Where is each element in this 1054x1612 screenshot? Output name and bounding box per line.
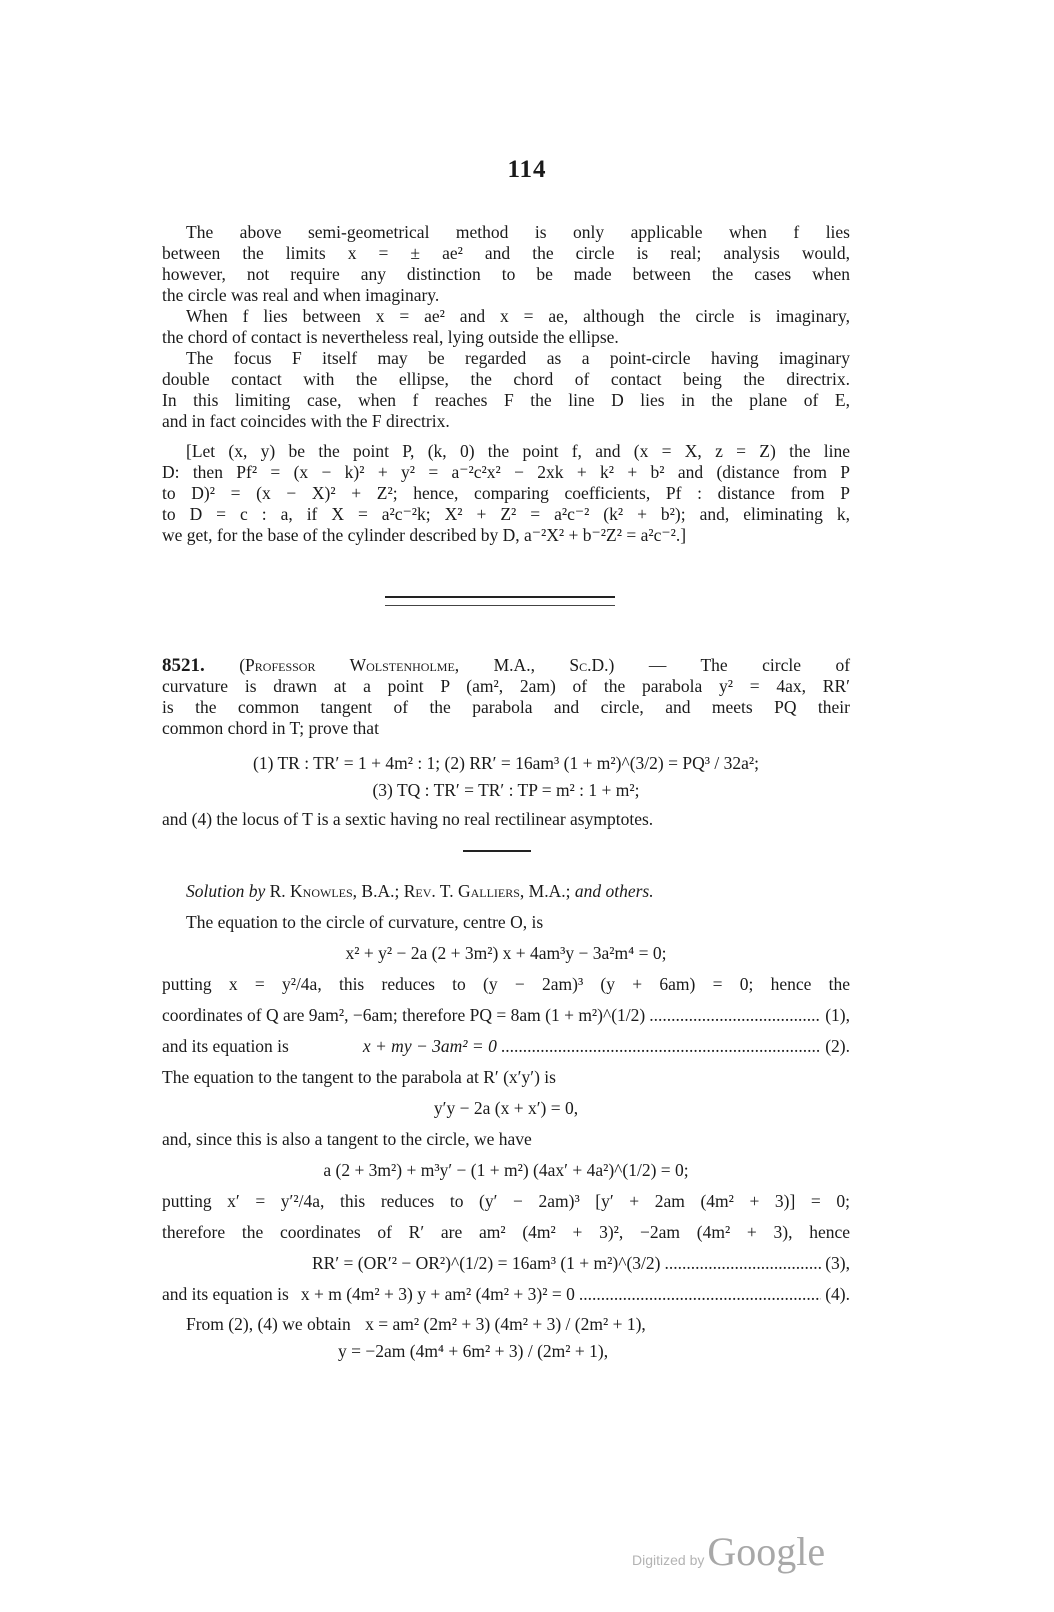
text-line: In this limiting case, when f reaches F …: [162, 390, 850, 411]
continuation-bracket-note: [Let (x, y) be the point P, (k, 0) the p…: [162, 441, 850, 546]
leader-dots: ........................................…: [649, 1000, 821, 1031]
text: and its equation is: [162, 1031, 289, 1062]
text-line: the circle was real and when imaginary.: [162, 285, 850, 306]
equation-rr: RR′ = (OR′² − OR²)^(1/2) = 16am³ (1 + m²…: [162, 1248, 850, 1279]
text-line: between the limits x = ± ae² and the cir…: [162, 243, 850, 264]
text-line: common chord in T; prove that: [162, 718, 850, 739]
text-line: The equation to the circle of curvature,…: [162, 907, 850, 938]
equation-condition: a (2 + 3m²) + m³y′ − (1 + m²) (4ax′ + 4a…: [162, 1155, 850, 1186]
equation: x + m (4m² + 3) y + am² (4m² + 3)² = 0: [301, 1279, 575, 1310]
continuation-paragraph-3: The focus F itself may be regarded as a …: [162, 348, 850, 432]
equation: RR′ = (OR′² − OR²)^(1/2) = 16am³ (1 + m²…: [312, 1248, 660, 1279]
equation-x: x = am² (2m² + 3) (4m² + 3) / (2m² + 1),: [365, 1314, 646, 1334]
section-divider-single-rule: [463, 850, 531, 852]
text-line: therefore the coordinates of R′ are am² …: [162, 1217, 850, 1248]
text-line: we get, for the base of the cylinder des…: [162, 525, 850, 546]
page-number: 114: [0, 156, 1054, 184]
text-line: [Let (x, y) be the point P, (k, 0) the p…: [162, 441, 850, 462]
text-line: The focus F itself may be regarded as a …: [162, 348, 850, 369]
text-line: the chord of contact is nevertheless rea…: [162, 327, 850, 348]
continuation-paragraph-1: The above semi-geometrical method is onl…: [162, 222, 850, 306]
equation-pq: coordinates of Q are 9am², −6am; therefo…: [162, 1000, 850, 1031]
and-others: and others.: [575, 881, 654, 901]
solution: Solution by R. Knowles, B.A.; Rev. T. Ga…: [162, 876, 850, 1364]
text-line: and in fact coincides with the F directr…: [162, 411, 850, 432]
from-line: From (2), (4) we obtain x = am² (2m² + 3…: [162, 1310, 850, 1338]
leader-dots: ........................................…: [579, 1279, 821, 1310]
text: From (2), (4) we obtain: [186, 1314, 351, 1334]
byline-label: Solution by: [186, 881, 265, 901]
question-first-line: 8521. (Professor Wolstenholme, M.A., Sc.…: [162, 655, 850, 676]
text-line: The above semi-geometrical method is onl…: [162, 222, 850, 243]
text-line: — The circle of: [649, 655, 850, 675]
question-results: (1) TR : TR′ = 1 + 4m² : 1; (2) RR′ = 16…: [162, 749, 850, 835]
equation-y: y = −2am (4m⁴ + 6m² + 3) / (2m² + 1),: [162, 1338, 850, 1364]
continuation-paragraph-2: When f lies between x = ae² and x = ae, …: [162, 306, 850, 348]
text-line: to D)² = (x − X)² + Z²; hence, comparing…: [162, 483, 850, 504]
text-line: however, not require any distinction to …: [162, 264, 850, 285]
equation-tangent: y′y − 2a (x + x′) = 0,: [162, 1093, 850, 1124]
text-line: putting x = y²/4a, this reduces to (y − …: [162, 969, 850, 1000]
text-line: The equation to the tangent to the parab…: [162, 1062, 850, 1093]
text-line: putting x′ = y′²/4a, this reduces to (y′…: [162, 1186, 850, 1217]
section-divider-double-rule: [385, 596, 615, 606]
text-line: double contact with the ellipse, the cho…: [162, 369, 850, 390]
equation-tag: (1),: [825, 1000, 850, 1031]
text-line: D: then Pf² = (x − k)² + y² = a⁻²c²x² − …: [162, 462, 850, 483]
text-line: and, since this is also a tangent to the…: [162, 1124, 850, 1155]
equation-tag: (4).: [825, 1279, 850, 1310]
leader-dots: ........................................…: [664, 1248, 821, 1279]
text-line: curvature is drawn at a point P (am², 2a…: [162, 676, 850, 697]
leader-dots: ........................................…: [501, 1031, 821, 1062]
equation: x + my − 3am² = 0: [363, 1031, 497, 1062]
text-line: When f lies between x = ae² and x = ae, …: [162, 306, 850, 327]
solvers: R. Knowles, B.A.; Rev. T. Galliers, M.A.…: [270, 881, 571, 901]
text-line: is the common tangent of the parabola an…: [162, 697, 850, 718]
question-8521: 8521. (Professor Wolstenholme, M.A., Sc.…: [162, 655, 850, 739]
equation-tag: (2).: [825, 1031, 850, 1062]
google-logo: Google: [707, 1528, 825, 1575]
equation-tag: (3),: [825, 1248, 850, 1279]
result-1-2: (1) TR : TR′ = 1 + 4m² : 1; (2) RR′ = 16…: [162, 749, 850, 777]
equation-pq-line: and its equation is x + my − 3am² = 0 ..…: [162, 1031, 850, 1062]
text: and its equation is: [162, 1279, 289, 1310]
text: coordinates of Q are 9am², −6am; therefo…: [162, 1000, 645, 1031]
equation-circle: x² + y² − 2a (2 + 3m²) x + 4am³y − 3a²m⁴…: [162, 938, 850, 969]
equation-rr-line: and its equation is x + m (4m² + 3) y + …: [162, 1279, 850, 1310]
result-3: (3) TQ : TR′ = TR′ : TP = m² : 1 + m²;: [162, 777, 850, 803]
text-line: to D = c : a, if X = a²c⁻²k; X² + Z² = a…: [162, 504, 850, 525]
digitized-by-google-watermark: Digitized by Google: [632, 1528, 825, 1575]
result-4: and (4) the locus of T is a sextic havin…: [162, 803, 850, 835]
question-number: 8521.: [162, 655, 205, 676]
question-author: (Professor Wolstenholme, M.A., Sc.D.): [239, 655, 614, 675]
digitized-label: Digitized by: [632, 1552, 704, 1568]
solution-byline: Solution by R. Knowles, B.A.; Rev. T. Ga…: [162, 876, 850, 907]
